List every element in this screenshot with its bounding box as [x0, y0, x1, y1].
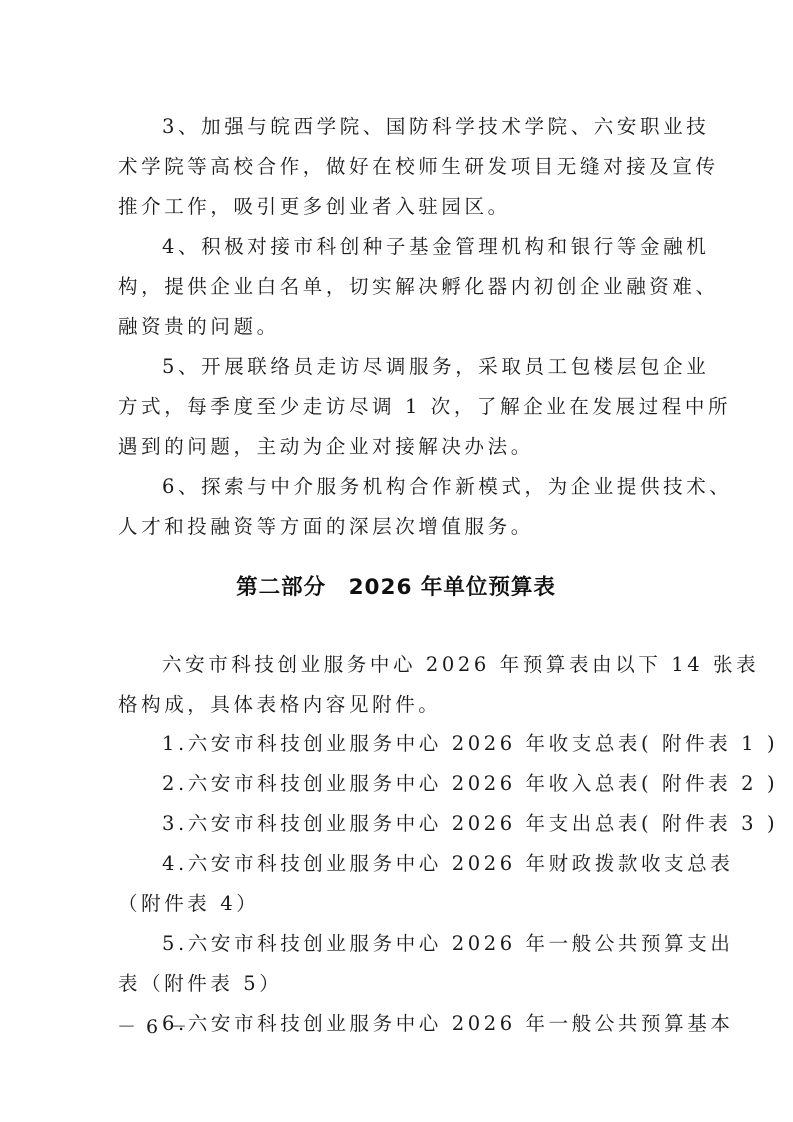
text-line: 方式，每季度至少走访尽调 1 次，了解企业在发展过程中所: [118, 387, 674, 427]
text-line: 遇到的问题，主动为企业对接解决办法。: [118, 427, 674, 467]
text-line: 构，提供企业白名单，切实解决孵化器内初创企业融资难、: [118, 267, 674, 307]
list-item: 2.六安市科技创业服务中心 2026 年收入总表( 附件表 2 ): [118, 764, 674, 804]
text-line: 融资贵的问题。: [118, 307, 674, 347]
page-number: － 6 －: [117, 1013, 189, 1041]
list-item-continuation: 表（附件表 5）: [118, 964, 674, 1004]
list-item-continuation: （附件表 4）: [118, 884, 674, 924]
text-line: 3、加强与皖西学院、国防科学技术学院、六安职业技: [118, 107, 674, 147]
text-line: 格构成，具体表格内容见附件。: [118, 685, 674, 725]
list-item: 5.六安市科技创业服务中心 2026 年一般公共预算支出: [118, 924, 674, 964]
list-item: 3.六安市科技创业服务中心 2026 年支出总表( 附件表 3 ): [118, 804, 674, 844]
text-line: 六安市科技创业服务中心 2026 年预算表由以下 14 张表: [118, 645, 674, 685]
list-item: 1.六安市科技创业服务中心 2026 年收支总表( 附件表 1 ): [118, 724, 674, 764]
text-line: 推介工作，吸引更多创业者入驻园区。: [118, 187, 674, 227]
list-item: 6.六安市科技创业服务中心 2026 年一般公共预算基本: [118, 1004, 674, 1044]
text-line: 人才和投融资等方面的深层次增值服务。: [118, 507, 674, 547]
text-line: 4、积极对接市科创种子基金管理机构和银行等金融机: [118, 227, 674, 267]
text-line: 术学院等高校合作，做好在校师生研发项目无缝对接及宣传: [118, 147, 674, 187]
list-item: 4.六安市科技创业服务中心 2026 年财政拨款收支总表: [118, 844, 674, 884]
section-heading: 第二部分 2026 年单位预算表: [118, 566, 674, 610]
text-line: 5、开展联络员走访尽调服务，采取员工包楼层包企业: [118, 347, 674, 387]
text-line: 6、探索与中介服务机构合作新模式，为企业提供技术、: [118, 467, 674, 507]
